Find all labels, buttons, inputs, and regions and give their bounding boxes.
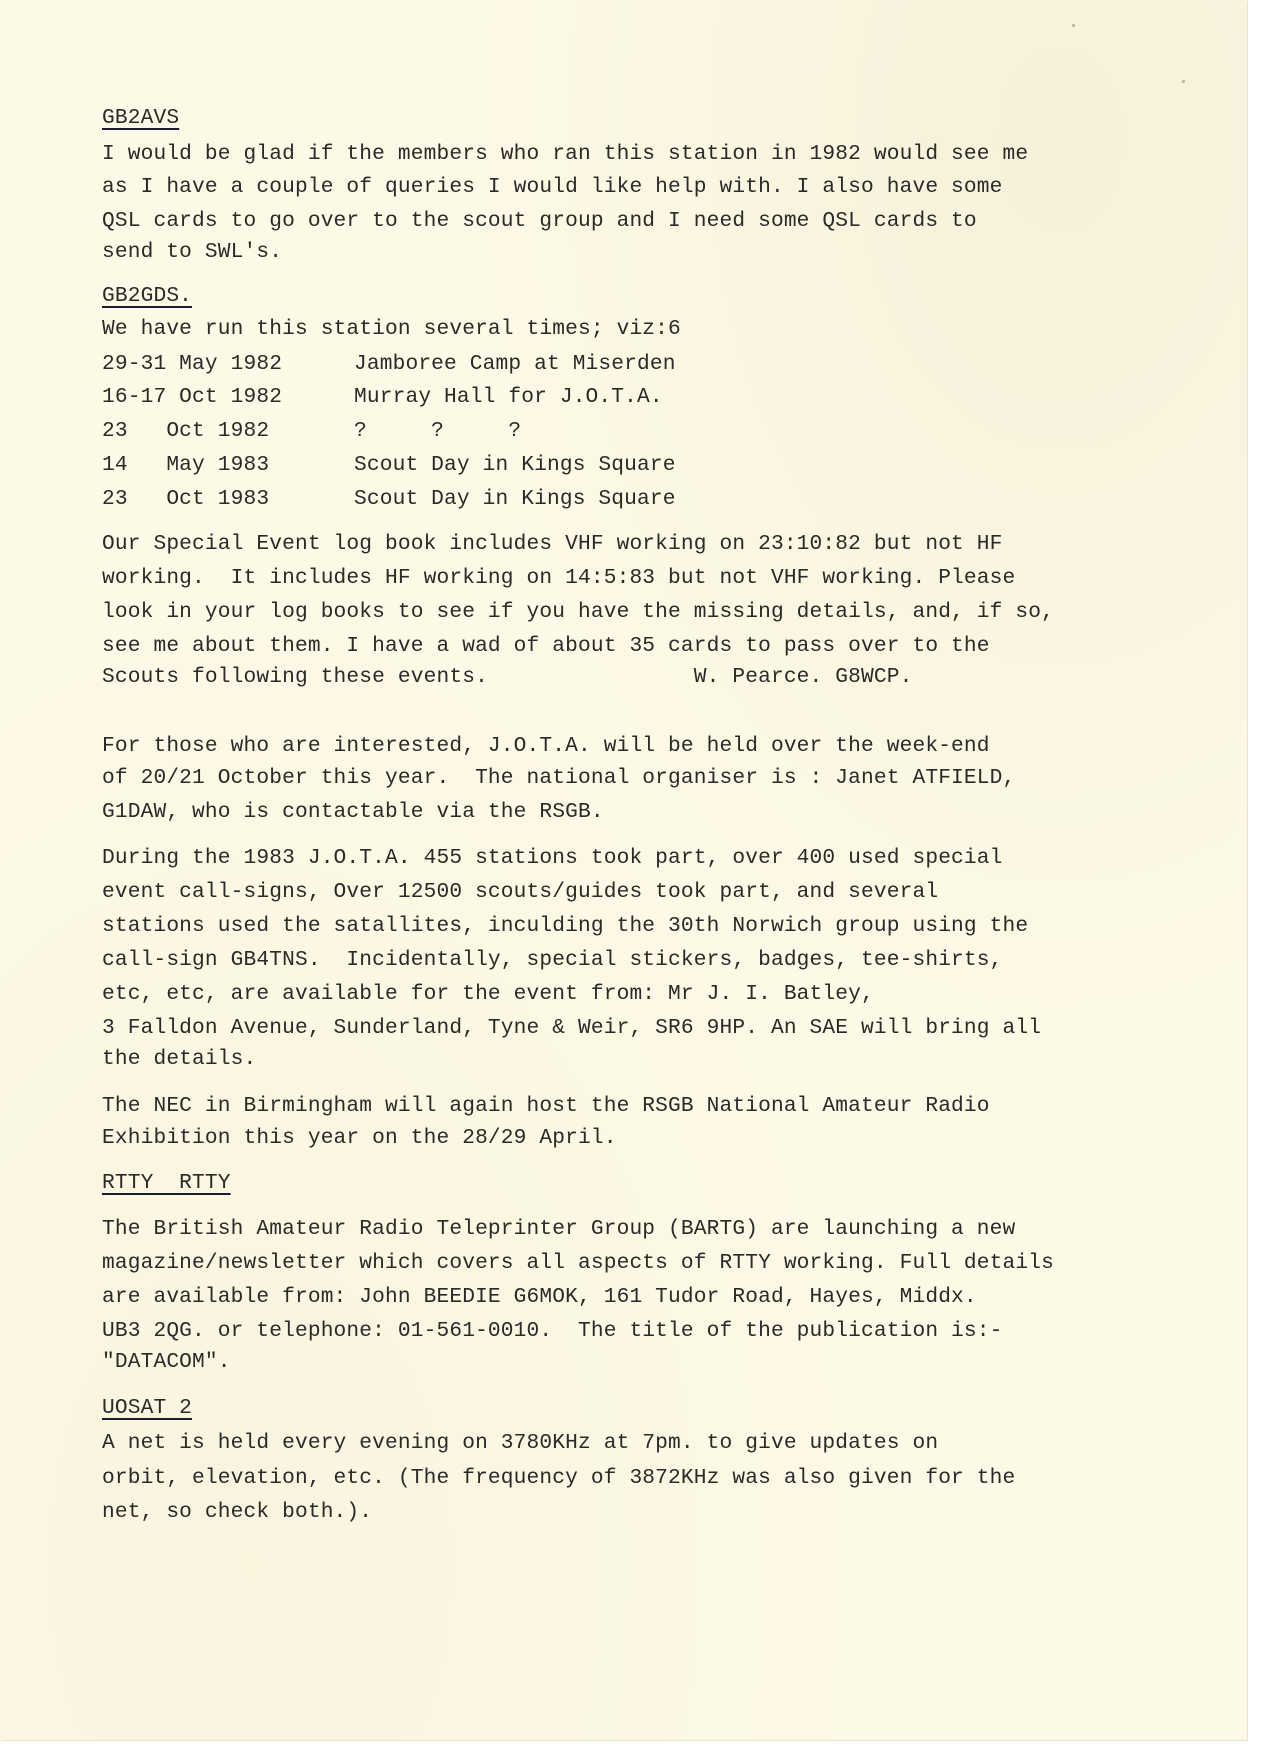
paragraph-line: UB3 2QG. or telephone: 01-561-0010. The …: [102, 1316, 1003, 1346]
section-heading-rtty: RTTY RTTY: [102, 1168, 231, 1198]
log-entry: 23 Oct 1982? ? ?: [102, 416, 521, 446]
paragraph-line: of 20/21 October this year. The national…: [102, 763, 1015, 793]
paragraph-line: net, so check both.).: [102, 1497, 372, 1527]
log-event: Scout Day in Kings Square: [354, 487, 676, 511]
paragraph-line: The British Amateur Radio Teleprinter Gr…: [102, 1214, 1015, 1244]
paragraph-line: send to SWL's.: [102, 237, 282, 267]
log-event: Scout Day in Kings Square: [354, 453, 676, 477]
paragraph-line: The NEC in Birmingham will again host th…: [102, 1091, 990, 1121]
paragraph-line: 3 Falldon Avenue, Sunderland, Tyne & Wei…: [102, 1013, 1041, 1043]
paragraph-line: Exhibition this year on the 28/29 April.: [102, 1123, 617, 1153]
paragraph-line: We have run this station several times; …: [102, 314, 681, 344]
paragraph-line: During the 1983 J.O.T.A. 455 stations to…: [102, 843, 1003, 873]
paragraph-line: A net is held every evening on 3780KHz a…: [102, 1428, 938, 1458]
section-heading-gb2gds: GB2GDS.: [102, 281, 192, 311]
log-entry: 16-17 Oct 1982Murray Hall for J.O.T.A.: [102, 382, 663, 412]
log-event: ? ? ?: [354, 419, 521, 443]
paragraph-line: orbit, elevation, etc. (The frequency of…: [102, 1463, 1015, 1493]
paragraph-line: are available from: John BEEDIE G6MOK, 1…: [102, 1282, 977, 1312]
paragraph-line: call-sign GB4TNS. Incidentally, special …: [102, 945, 1003, 975]
paragraph-line: event call-signs, Over 12500 scouts/guid…: [102, 877, 938, 907]
paragraph-line: "DATACOM".: [102, 1347, 231, 1377]
log-event: Murray Hall for J.O.T.A.: [354, 385, 663, 409]
paragraph-line: the details.: [102, 1044, 256, 1074]
log-date: 29-31 May 1982: [102, 349, 354, 379]
page-content: GB2AVS I would be glad if the members wh…: [102, 0, 1202, 1392]
typewritten-page: GB2AVS I would be glad if the members wh…: [0, 0, 1247, 1740]
paragraph-line: working. It includes HF working on 14:5:…: [102, 563, 1015, 593]
section-heading-gb2avs: GB2AVS: [102, 103, 179, 133]
paragraph-line: Our Special Event log book includes VHF …: [102, 529, 1003, 559]
log-entry: 29-31 May 1982Jamboree Camp at Miserden: [102, 349, 676, 379]
paragraph-line: magazine/newsletter which covers all asp…: [102, 1248, 1054, 1278]
paragraph-line: G1DAW, who is contactable via the RSGB.: [102, 797, 604, 827]
paragraph-line: see me about them. I have a wad of about…: [102, 631, 990, 661]
log-date: 23 Oct 1982: [102, 416, 354, 446]
paragraph-line: etc, etc, are available for the event fr…: [102, 979, 874, 1009]
log-date: 23 Oct 1983: [102, 484, 354, 514]
paragraph-line: I would be glad if the members who ran t…: [102, 139, 1028, 169]
log-date: 16-17 Oct 1982: [102, 382, 354, 412]
paragraph-line: look in your log books to see if you hav…: [102, 597, 1054, 627]
log-date: 14 May 1983: [102, 450, 354, 480]
paragraph-line: stations used the satallites, inculding …: [102, 911, 1028, 941]
signature-line: Scouts following these events. W. Pearce…: [102, 662, 912, 692]
section-heading-uosat: UOSAT 2: [102, 1393, 192, 1423]
log-event: Jamboree Camp at Miserden: [354, 352, 676, 376]
log-entry: 14 May 1983Scout Day in Kings Square: [102, 450, 676, 480]
paragraph-line: as I have a couple of queries I would li…: [102, 172, 1003, 202]
paragraph-line: For those who are interested, J.O.T.A. w…: [102, 731, 990, 761]
paragraph-line: QSL cards to go over to the scout group …: [102, 206, 977, 236]
log-entry: 23 Oct 1983Scout Day in Kings Square: [102, 484, 676, 514]
